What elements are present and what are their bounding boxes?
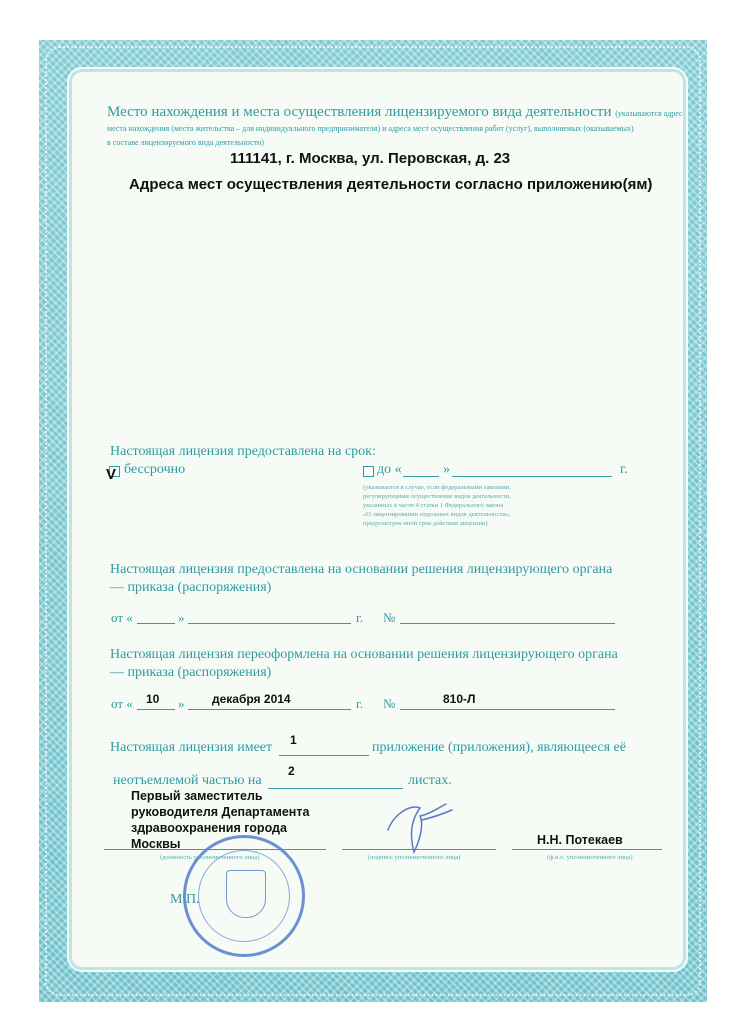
appendix-prefix: Настоящая лицензия имеет	[110, 740, 272, 756]
term-heading: Настоящая лицензия предоставлена на срок…	[110, 444, 376, 460]
granted-number-label: №	[383, 610, 395, 626]
position-line-field	[104, 849, 326, 850]
unlimited-label: бессрочно	[124, 462, 185, 478]
granted-day-field[interactable]	[137, 623, 175, 624]
term-note-line: предусмотрен иной срок действия лицензии…	[363, 519, 511, 528]
reissued-number-field[interactable]	[400, 709, 615, 710]
sheets-count: 2	[288, 764, 295, 778]
sheets-suffix: листах.	[408, 773, 452, 789]
appendix-suffix: приложение (приложения), являющееся её	[372, 740, 626, 756]
position-caption: (должность уполномоченного лица)	[160, 853, 260, 862]
appendix-count-field[interactable]	[279, 755, 369, 756]
reissued-number: 810-Л	[443, 692, 475, 706]
term-note-line: «О лицензировании отдельных видов деятел…	[363, 510, 511, 519]
term-note-line: регулирующими осуществление видов деятел…	[363, 492, 511, 501]
granted-number-field[interactable]	[400, 623, 615, 624]
location-heading-note: (указываются адрес	[615, 109, 682, 118]
moscow-coat-of-arms-icon	[226, 870, 266, 918]
activity-addresses: Адреса мест осуществления деятельности с…	[129, 176, 652, 193]
term-note-line: указанных в части 4 статьи 1 Федеральног…	[363, 501, 511, 510]
signatory-name: Н.Н. Потекаев	[537, 833, 623, 847]
location-note-line-2: места нахождения (места жительства – для…	[107, 124, 634, 133]
signatory-position: Первый заместитель руководителя Департам…	[131, 788, 309, 852]
until-day-close: »	[443, 462, 450, 478]
until-day-field[interactable]	[403, 476, 439, 477]
granted-line-1: Настоящая лицензия предоставлена на осно…	[110, 562, 612, 578]
until-checkbox[interactable]	[363, 466, 374, 477]
checkmark-icon: V	[106, 466, 116, 483]
location-note-line-3: в составе лицензируемого вида деятельнос…	[107, 138, 264, 147]
term-note: (указывается в случае, если федеральными…	[363, 483, 511, 528]
reissued-year-label: г.	[356, 696, 363, 712]
reissued-day-field[interactable]	[137, 709, 175, 710]
name-caption: (ф.и.о. уполномоченного лица)	[547, 853, 633, 862]
position-line: Первый заместитель	[131, 788, 309, 804]
granted-date-field[interactable]	[188, 623, 351, 624]
reissued-number-label: №	[383, 696, 395, 712]
granted-day-close: »	[178, 610, 185, 626]
sheets-prefix: неотъемлемой частью на	[113, 773, 262, 789]
granted-line-2: — приказа (распоряжения)	[110, 580, 271, 596]
signature-line	[342, 849, 496, 850]
term-note-line: (указывается в случае, если федеральными…	[363, 483, 511, 492]
location-heading: Место нахождения и места осуществления л…	[107, 104, 683, 121]
reissued-line-2: — приказа (распоряжения)	[110, 665, 271, 681]
location-heading-text: Место нахождения и места осуществления л…	[107, 104, 611, 120]
reissued-date-field[interactable]	[188, 709, 351, 710]
signature-caption: (подпись уполномоченного лица)	[368, 853, 460, 862]
granted-year-label: г.	[356, 610, 363, 626]
until-date-field[interactable]	[452, 476, 612, 477]
granted-from-label: от «	[111, 610, 133, 626]
position-line: руководителя Департамента	[131, 804, 309, 820]
name-line	[512, 849, 662, 850]
appendix-count: 1	[290, 733, 297, 747]
seal-label: М.П.	[170, 892, 200, 908]
reissued-line-1: Настоящая лицензия переоформлена на осно…	[110, 647, 618, 663]
reissued-month-year: декабря 2014	[212, 692, 291, 706]
position-line: здравоохранения города	[131, 820, 309, 836]
until-year-label: г.	[620, 462, 628, 478]
until-label: до «	[377, 462, 402, 478]
reissued-day: 10	[146, 692, 159, 706]
reissued-day-close: »	[178, 696, 185, 712]
reissued-from-label: от «	[111, 696, 133, 712]
license-address: 111141, г. Москва, ул. Перовская, д. 23	[230, 150, 510, 167]
